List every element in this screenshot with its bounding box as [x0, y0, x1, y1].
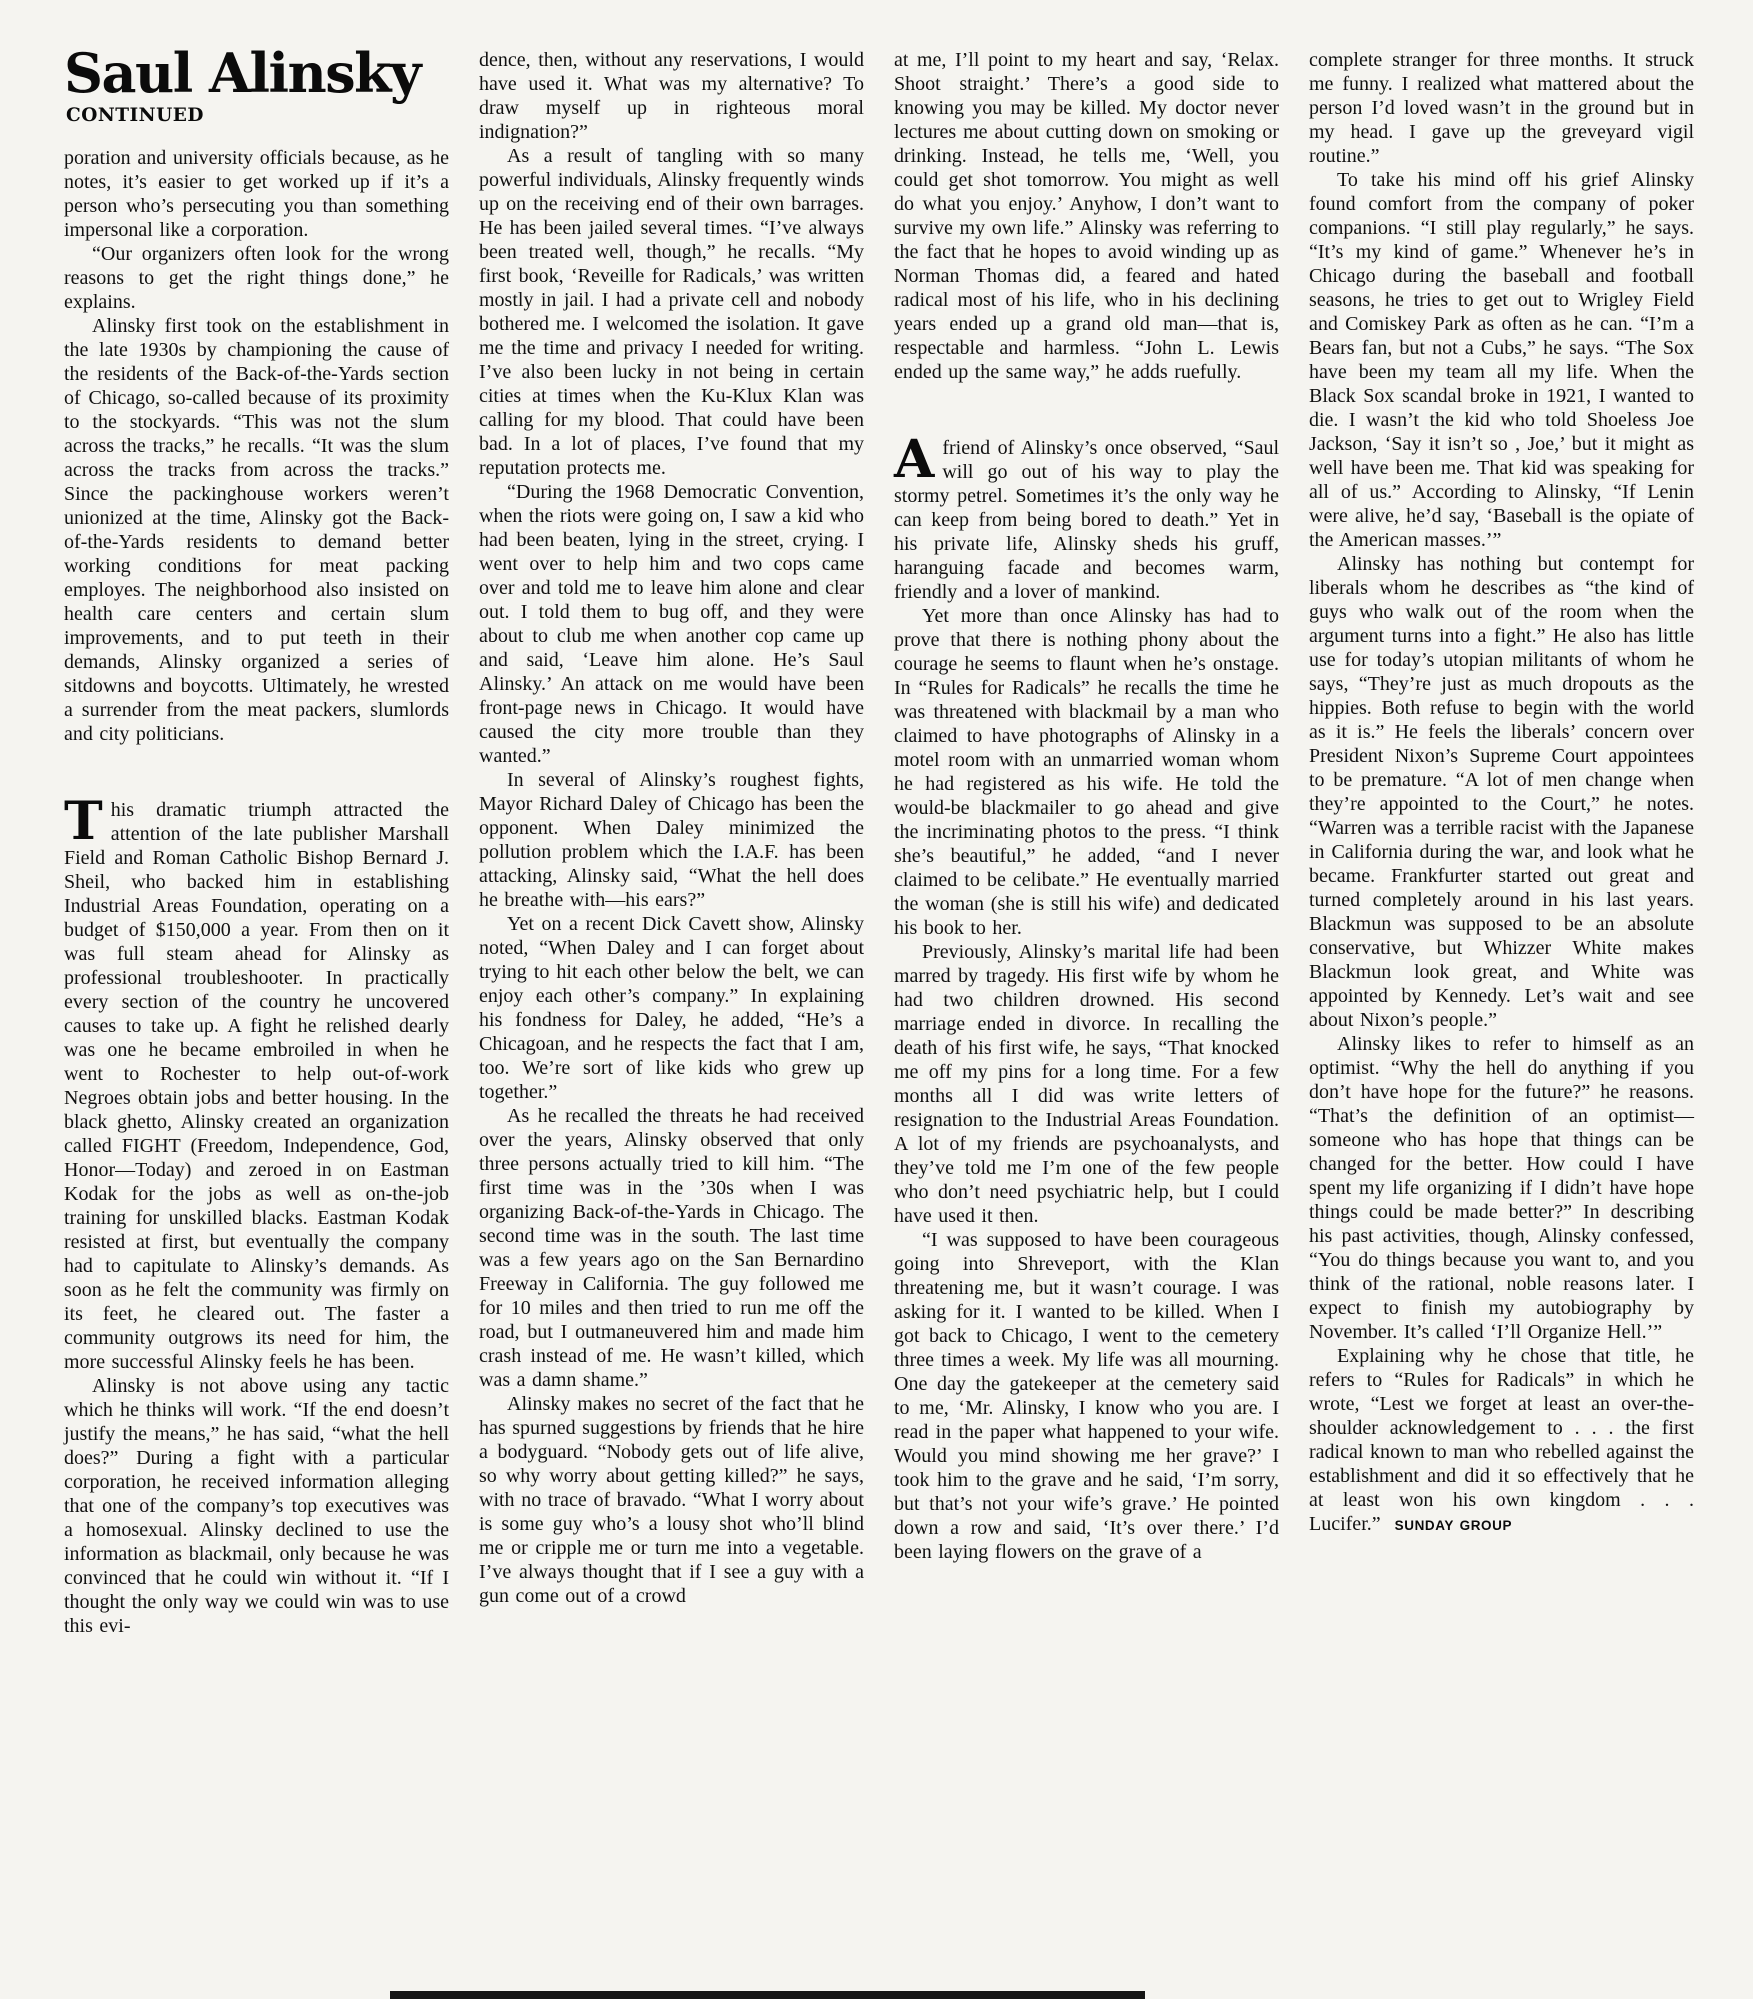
credit-label: SUNDAY GROUP [1395, 1518, 1512, 1533]
article-paragraph: Yet on a recent Dick Cavett show, Alinsk… [479, 912, 864, 1104]
article-masthead: Saul Alinsky CONTINUED [64, 48, 449, 126]
page-title: Saul Alinsky [64, 48, 449, 99]
article-paragraph: “Our organizers often look for the wrong… [64, 242, 449, 314]
article-paragraph: As he recalled the threats he had receiv… [479, 1104, 864, 1392]
article-paragraph: complete stranger for three months. It s… [1309, 48, 1694, 168]
drop-cap: T [64, 798, 111, 842]
article-paragraph: This dramatic triumph attracted the atte… [64, 798, 449, 1374]
continued-label: CONTINUED [66, 105, 449, 126]
article-paragraph: Alinsky is not above using any tactic wh… [64, 1374, 449, 1638]
magazine-page: Saul Alinsky CONTINUED poration and univ… [0, 0, 1753, 1999]
article-paragraph: dence, then, without any reservations, I… [479, 48, 864, 144]
article-paragraph: “I was supposed to have been courageous … [894, 1228, 1279, 1564]
article-paragraph: Alinsky likes to refer to himself as an … [1309, 1032, 1694, 1344]
article-paragraph: To take his mind off his grief Alinsky f… [1309, 168, 1694, 552]
article-paragraph: In several of Alinsky’s roughest fights,… [479, 768, 864, 912]
article-paragraph: Alinsky makes no secret of the fact that… [479, 1392, 864, 1608]
article-columns: Saul Alinsky CONTINUED poration and univ… [64, 48, 1697, 1638]
article-paragraph: poration and university officials becaus… [64, 146, 449, 242]
article-paragraph: Yet more than once Alinsky has had to pr… [894, 604, 1279, 940]
article-column-1: Saul Alinsky CONTINUED poration and univ… [64, 48, 449, 1638]
article-paragraph: “During the 1968 Democratic Convention, … [479, 480, 864, 768]
article-paragraph: at me, I’ll point to my heart and say, ‘… [894, 48, 1279, 384]
article-paragraph: Previously, Alinsky’s marital life had b… [894, 940, 1279, 1228]
article-column-2: dence, then, without any reservations, I… [479, 48, 864, 1638]
article-paragraph: As a result of tangling with so many pow… [479, 144, 864, 480]
drop-cap: A [894, 436, 942, 480]
article-column-3: at me, I’ll point to my heart and say, ‘… [894, 48, 1279, 1638]
article-paragraph: Alinsky first took on the establishment … [64, 314, 449, 746]
scan-edge-artifact [390, 1991, 1145, 1999]
article-paragraph: A friend of Alinsky’s once observed, “Sa… [894, 436, 1279, 604]
article-column-4: complete stranger for three months. It s… [1309, 48, 1694, 1638]
article-paragraph: Explaining why he chose that title, he r… [1309, 1344, 1694, 1538]
article-paragraph: Alinsky has nothing but contempt for lib… [1309, 552, 1694, 1032]
